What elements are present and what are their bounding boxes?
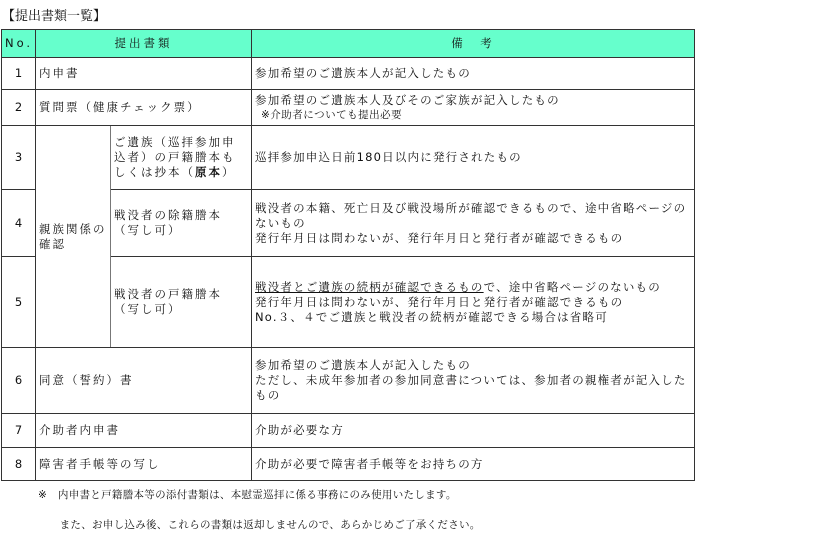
footnote-usage: ※ 内申書と戸籍謄本等の添付書類は、本慰霊巡拝に係る事務にのみ使用いたします。 [38, 487, 457, 502]
row-number: 1 [2, 58, 36, 90]
header-no: No. [2, 30, 36, 58]
remark-line: 巡拝参加申込日前180日以内に発行されたもの [255, 150, 691, 165]
row-number: 3 [2, 126, 36, 190]
remarks-cell: 巡拝参加申込日前180日以内に発行されたもの [252, 126, 695, 190]
documents-table: No. 提出書類 備 考 1 内申書 参加希望のご遺族本人が記入したもの 2 質… [1, 29, 695, 481]
remark-sub-note: ※介助者についても提出必要 [255, 108, 691, 123]
remark-line: 発行年月日は問わないが、発行年月日と発行者が確認できるもの [255, 295, 691, 310]
remark-line: No.３、４でご遺族と戦没者の続柄が確認できる場合は省略可 [255, 310, 691, 325]
document-text: ） [222, 165, 236, 179]
document-bold-text: 原本 [195, 165, 222, 179]
document-name: 質問票（健康チェック票） [36, 90, 252, 126]
remarks-cell: 戦没者とご遺族の続柄が確認できるもので、途中省略ページのないもの 発行年月日は問… [252, 257, 695, 348]
table-row: 6 同意（誓約）書 参加希望のご遺族本人が記入したもの ただし、未成年参加者の参… [2, 348, 695, 414]
header-document: 提出書類 [36, 30, 252, 58]
document-name: 介助者内申書 [36, 414, 252, 448]
document-name: 障害者手帳等の写し [36, 448, 252, 481]
page-title: 【提出書類一覧】 [2, 5, 106, 24]
remark-line: ただし、未成年参加者の参加同意書については、参加者の親権者が記入したもの [255, 373, 691, 403]
remark-line: 参加希望のご遺族本人及びそのご家族が記入したもの [255, 93, 691, 108]
row-number: 4 [2, 190, 36, 257]
document-name: 同意（誓約）書 [36, 348, 252, 414]
table-row: 3 親族関係の確認 ご遺族（巡拝参加申込者）の戸籍謄本もしくは抄本（原本） 巡拝… [2, 126, 695, 190]
remark-underlined-text: 戦没者とご遺族の続柄が確認できるもの [255, 280, 484, 294]
row-number: 7 [2, 414, 36, 448]
footnote-no-return: また、お申し込み後、これらの書類は返却しませんので、あらかじめご了承ください。 [38, 517, 481, 532]
remark-line: 戦没者の本籍、死亡日及び戦没場所が確認できるもので、途中省略ページのないもの [255, 201, 691, 231]
remark-line: 発行年月日は問わないが、発行年月日と発行者が確認できるもの [255, 231, 691, 246]
remark-line: 参加希望のご遺族本人が記入したもの [255, 358, 691, 373]
remarks-cell: 参加希望のご遺族本人が記入したもの [252, 58, 695, 90]
remark-line: 介助が必要な方 [255, 423, 691, 438]
row-number: 8 [2, 448, 36, 481]
table-row: 8 障害者手帳等の写し 介助が必要で障害者手帳等をお持ちの方 [2, 448, 695, 481]
remarks-cell: 介助が必要な方 [252, 414, 695, 448]
document-name: 戦没者の戸籍謄本（写し可） [111, 257, 252, 348]
table-row: 2 質問票（健康チェック票） 参加希望のご遺族本人及びそのご家族が記入したもの … [2, 90, 695, 126]
table-row: 7 介助者内申書 介助が必要な方 [2, 414, 695, 448]
document-name: ご遺族（巡拝参加申込者）の戸籍謄本もしくは抄本（原本） [111, 126, 252, 190]
row-number: 6 [2, 348, 36, 414]
header-remarks: 備 考 [252, 30, 695, 58]
remarks-cell: 参加希望のご遺族本人が記入したもの ただし、未成年参加者の参加同意書については、… [252, 348, 695, 414]
row-number: 5 [2, 257, 36, 348]
remark-line: 介助が必要で障害者手帳等をお持ちの方 [255, 457, 691, 472]
row-number: 2 [2, 90, 36, 126]
document-name: 戦没者の除籍謄本（写し可） [111, 190, 252, 257]
group-label-kinship: 親族関係の確認 [36, 126, 111, 348]
remarks-cell: 戦没者の本籍、死亡日及び戦没場所が確認できるもので、途中省略ページのないもの 発… [252, 190, 695, 257]
remarks-cell: 参加希望のご遺族本人及びそのご家族が記入したもの ※介助者についても提出必要 [252, 90, 695, 126]
remark-line: 参加希望のご遺族本人が記入したもの [255, 66, 691, 81]
table-row: 1 内申書 参加希望のご遺族本人が記入したもの [2, 58, 695, 90]
document-name: 内申書 [36, 58, 252, 90]
remark-text: で、途中省略ページのないもの [484, 280, 661, 294]
remark-line: 戦没者とご遺族の続柄が確認できるもので、途中省略ページのないもの [255, 280, 691, 295]
remarks-cell: 介助が必要で障害者手帳等をお持ちの方 [252, 448, 695, 481]
table-header-row: No. 提出書類 備 考 [2, 30, 695, 58]
